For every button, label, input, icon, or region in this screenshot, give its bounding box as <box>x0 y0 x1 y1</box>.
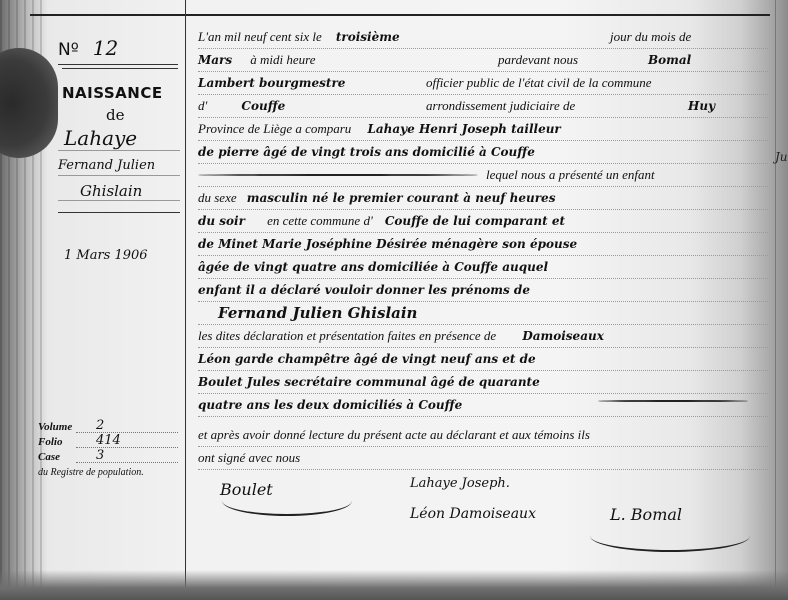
body-line-6: de pierre âgé de vingt trois ans domicil… <box>198 141 768 164</box>
handwritten-commune: Couffe <box>241 99 285 113</box>
printed-text: et après avoir donné lecture du présent … <box>198 427 590 442</box>
handwritten-time: du soir <box>198 214 245 228</box>
signature-declarant: Lahaye Joseph. <box>410 476 510 491</box>
case-label: Case <box>38 451 60 463</box>
body-line-5: Province de Liège a comparu Lahaye Henri… <box>198 118 768 141</box>
register-page: Nº12 NAISSANCE de Lahaye Fernand Julien … <box>0 0 788 600</box>
handwritten-witness-1-details: Léon garde champêtre âgé de vingt neuf a… <box>198 352 536 366</box>
closing-flourish <box>598 400 748 402</box>
body-line-13: Fernand Julien Ghislain <box>198 302 768 325</box>
body-line-14: les dites déclaration et présentation fa… <box>198 325 768 348</box>
handwritten-naming: enfant il a déclaré vouloir donner les p… <box>198 283 530 297</box>
handwritten-birth-details: masculin né le premier courant à neuf he… <box>247 191 556 205</box>
printed-text: officier public de l'état civil de la co… <box>426 72 652 94</box>
handwritten-month: Mars <box>198 53 232 67</box>
printed-text: arrondissement judiciaire de <box>426 95 575 117</box>
body-line-16: Boulet Jules secrétaire communal âgé de … <box>198 371 768 394</box>
volume-label: Volume <box>38 421 72 433</box>
body-line-12: enfant il a déclaré vouloir donner les p… <box>198 279 768 302</box>
right-page-edge <box>775 0 776 600</box>
entry-number: Nº12 <box>58 36 118 60</box>
body-line-2: Mars à midi heure pardevant nous Bomal <box>198 49 768 72</box>
printed-text: ont signé avec nous <box>198 450 300 465</box>
handwritten-officer-name: Bomal <box>648 49 691 71</box>
signature-boulet-flourish <box>222 486 352 516</box>
folio-label: Folio <box>38 436 62 448</box>
printed-text: les dites déclaration et présentation fa… <box>198 328 496 343</box>
handwritten-declarant: Lahaye Henri Joseph tailleur <box>367 122 560 136</box>
volume-dots <box>76 432 178 433</box>
handwritten-day: troisième <box>336 30 400 44</box>
case-row: Case 3 <box>38 450 178 465</box>
closing-line-2: ont signé avec nous <box>198 447 768 470</box>
handwritten-officer-title: Lambert bourgmestre <box>198 76 345 90</box>
page-bottom-shadow <box>0 570 788 600</box>
folio-value: 414 <box>96 433 121 448</box>
margin-column-rule <box>185 0 186 600</box>
printed-text: à midi heure <box>250 52 315 67</box>
registry-footer: du Registre de population. <box>38 467 178 478</box>
closing-line-1: et après avoir donné lecture du présent … <box>198 424 768 447</box>
margin-note: Ju <box>775 150 788 164</box>
record-body: L'an mil neuf cent six le troisième jour… <box>198 26 768 417</box>
volume-value: 2 <box>96 418 104 433</box>
handwritten-district: Huy <box>688 95 715 117</box>
body-line-1: L'an mil neuf cent six le troisième jour… <box>198 26 768 49</box>
record-type-de: de <box>106 106 124 124</box>
handwritten-witness-1: Damoiseaux <box>522 329 604 343</box>
thumb-holding-page <box>0 48 58 158</box>
given-rule-2 <box>58 200 180 201</box>
handwritten-place: Couffe de lui comparant et <box>385 214 565 228</box>
body-line-10: de Minet Marie Joséphine Désirée ménagèr… <box>198 233 768 256</box>
signature-officer-flourish <box>590 520 750 552</box>
printed-text: jour du mois de <box>610 26 691 48</box>
population-register-ref: Volume 2 Folio 414 Case 3 du Registre de… <box>38 420 178 478</box>
case-dots <box>76 462 178 463</box>
printed-text: d' <box>198 98 207 113</box>
top-rule <box>30 14 770 16</box>
body-line-9: du soir en cette commune d' Couffe de lu… <box>198 210 768 233</box>
body-line-7: lequel nous a présenté un enfant <box>198 164 768 187</box>
child-surname: Lahaye <box>64 126 137 150</box>
child-given-names: Fernand Julien <box>58 158 155 173</box>
body-line-11: âgée de vingt quatre ans domiciliée à Co… <box>198 256 768 279</box>
printed-text: pardevant nous <box>498 49 578 71</box>
surname-rule <box>58 150 180 151</box>
body-line-17: quatre ans les deux domiciliés à Couffe <box>198 394 768 417</box>
handwritten-child-names: Fernand Julien Ghislain <box>218 304 417 322</box>
handwritten-declarant-details: de pierre âgé de vingt trois ans domicil… <box>198 145 535 159</box>
strike-flourish <box>198 174 478 176</box>
printed-text: du sexe <box>198 190 237 205</box>
title-bottom-rule <box>58 212 180 213</box>
entry-number-label: Nº <box>58 40 79 60</box>
body-line-15: Léon garde champêtre âgé de vingt neuf a… <box>198 348 768 371</box>
folio-row: Folio 414 <box>38 435 178 450</box>
printed-text: L'an mil neuf cent six le <box>198 29 322 44</box>
printed-text: Province de Liège a comparu <box>198 121 351 136</box>
case-value: 3 <box>96 448 104 463</box>
body-line-4: d' Couffe arrondissement judiciaire de H… <box>198 95 768 118</box>
child-given-names-2: Ghislain <box>80 182 142 200</box>
closing-text: et après avoir donné lecture du présent … <box>198 424 768 470</box>
entry-number-value: 12 <box>93 36 118 60</box>
folio-dots <box>76 447 178 448</box>
margin-date: 1 Mars 1906 <box>64 248 148 263</box>
handwritten-witness-2-details: quatre ans les deux domiciliés à Couffe <box>198 398 462 412</box>
signature-damoiseaux: Léon Damoiseaux <box>410 506 536 522</box>
record-type-title: NAISSANCE <box>62 84 163 102</box>
printed-text: lequel nous a présenté un enfant <box>486 164 655 186</box>
printed-text: en cette commune d' <box>267 213 373 228</box>
handwritten-witness-2: Boulet Jules secrétaire communal âgé de … <box>198 375 540 389</box>
body-line-3: Lambert bourgmestre officier public de l… <box>198 72 768 95</box>
handwritten-mother: de Minet Marie Joséphine Désirée ménagèr… <box>198 237 577 251</box>
body-line-8: du sexe masculin né le premier courant à… <box>198 187 768 210</box>
given-rule-1 <box>58 175 180 176</box>
number-double-underline <box>62 68 178 69</box>
number-underline <box>58 64 178 65</box>
handwritten-mother-details: âgée de vingt quatre ans domiciliée à Co… <box>198 260 548 274</box>
